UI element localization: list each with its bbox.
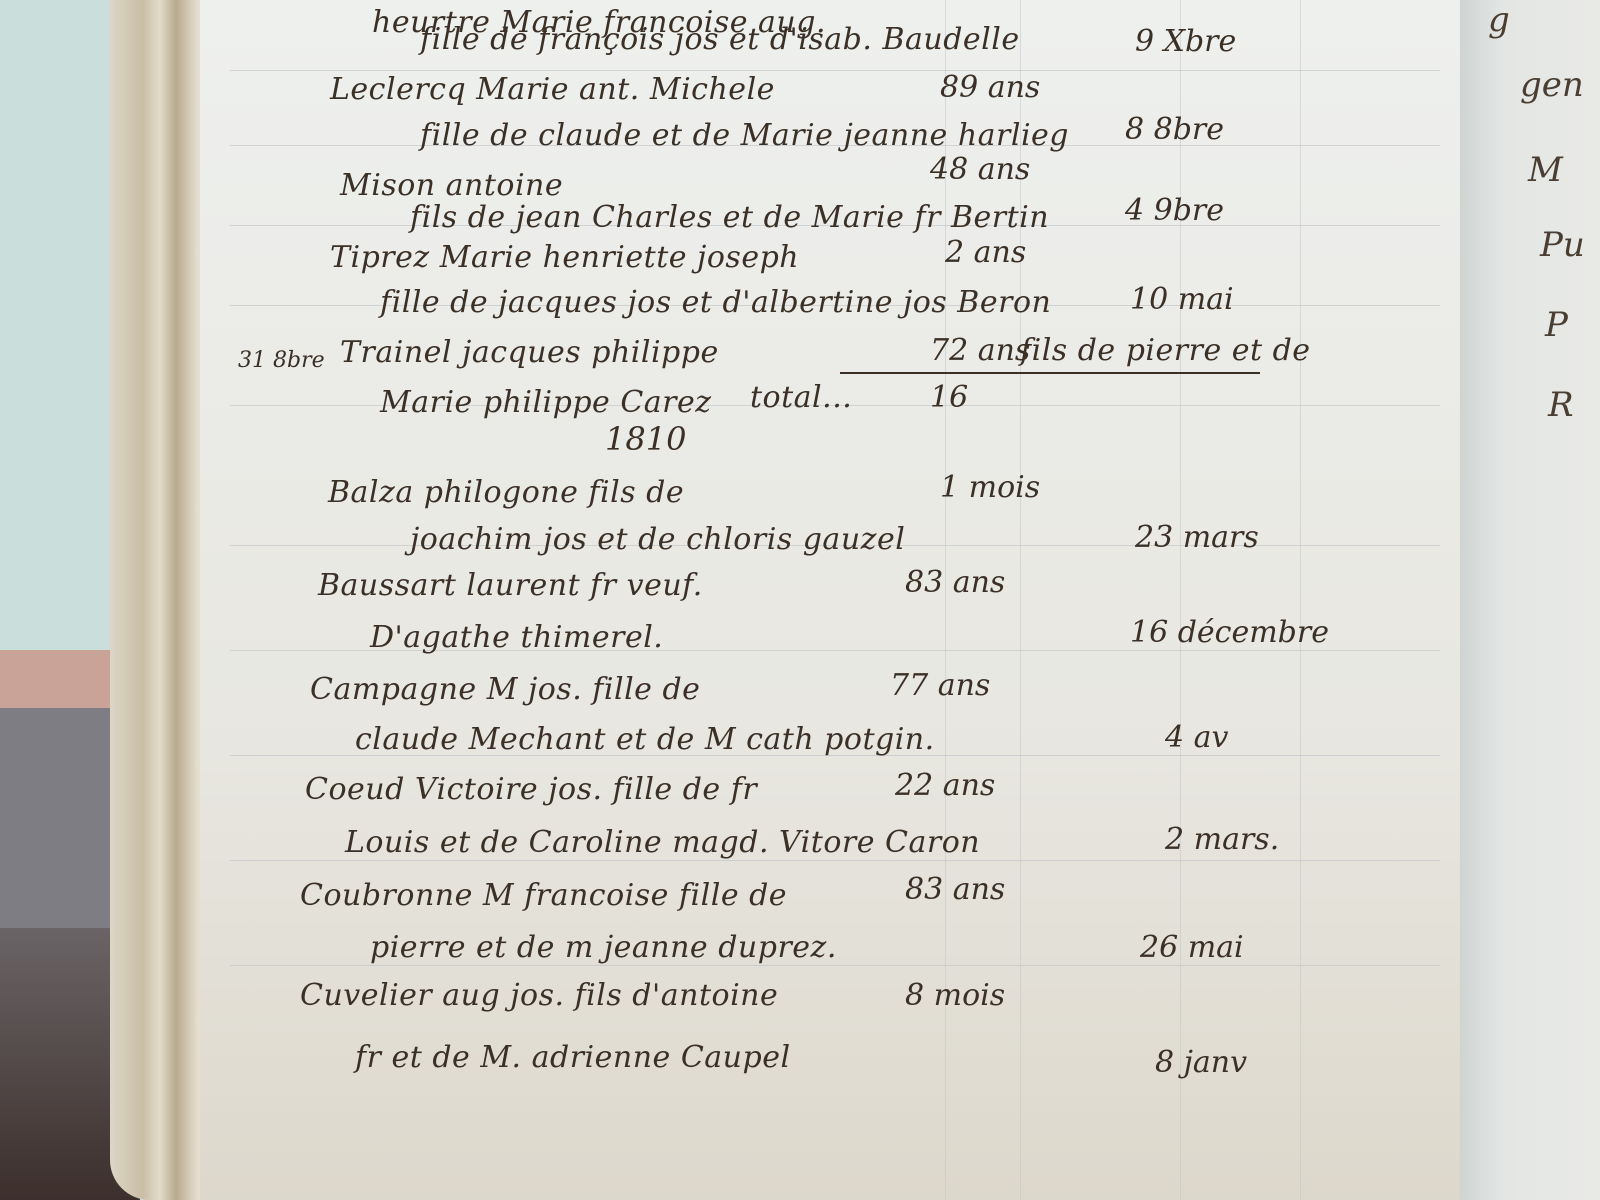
entry-date: 23 mars (1135, 520, 1259, 555)
entry-date: 9 Xbre (1135, 24, 1236, 59)
entry-age: 77 ans (890, 668, 990, 703)
entry-parents: D'agathe thimerel. (370, 620, 663, 655)
facing-page-text: R (1548, 385, 1574, 425)
entry-parents: fille de jacques jos et d'albertine jos … (380, 285, 1051, 320)
entry-age: 83 ans (905, 872, 1005, 907)
facing-page-text: P (1545, 305, 1568, 345)
entry-age: 83 ans (905, 565, 1005, 600)
entry-name: Cuvelier aug jos. fils d'antoine (300, 978, 778, 1013)
entry-name: Tiprez Marie henriette joseph (330, 240, 799, 275)
entry-date: 10 mai (1130, 282, 1234, 317)
total-label: total... (750, 380, 852, 415)
entry-parents: fille de claude et de Marie jeanne harli… (420, 118, 1069, 153)
entry-parents: pierre et de m jeanne duprez. (370, 930, 837, 965)
entry-parents: fr et de M. adrienne Caupel (355, 1040, 791, 1075)
entry-parents: joachim jos et de chloris gauzel (410, 522, 905, 557)
entry-age: 2 ans (945, 235, 1026, 270)
entry-extra: fils de pierre et de (1020, 333, 1311, 368)
entry-date: 2 mars. (1165, 822, 1279, 857)
total-rule (840, 372, 1260, 374)
ruled-line (230, 860, 1440, 861)
column-line (1300, 0, 1301, 1200)
entry-name: Coeud Victoire jos. fille de fr (305, 772, 757, 807)
entry-name: Mison antoine (340, 168, 563, 203)
entry-parents: fille de françois jos et d'isab. Baudell… (420, 22, 1020, 57)
entry-age: 1 mois (940, 470, 1040, 505)
entry-date: 4 9bre (1125, 193, 1224, 228)
entry-name: Coubronne M francoise fille de (300, 878, 787, 913)
entry-parents: Louis et de Caroline magd. Vitore Caron (345, 825, 980, 860)
year-heading: 1810 (605, 420, 686, 458)
entry-date: 8 8bre (1125, 112, 1224, 147)
entry-age: 22 ans (895, 768, 995, 803)
entry-parents: Marie philippe Carez (380, 385, 712, 420)
entry-date: 8 janv (1155, 1045, 1247, 1080)
facing-page-text: gen (1520, 65, 1584, 105)
entry-age: 8 mois (905, 978, 1005, 1013)
ruled-line (230, 965, 1440, 966)
entry-date: 4 av (1165, 720, 1228, 755)
entry-parents: fils de jean Charles et de Marie fr Bert… (410, 200, 1049, 235)
entry-age: 89 ans (940, 70, 1040, 105)
total-value: 16 (930, 380, 968, 415)
entry-name: Baussart laurent fr veuf. (318, 568, 703, 603)
entry-age: 48 ans (930, 152, 1030, 187)
entry-name: Campagne M jos. fille de (310, 672, 700, 707)
entry-date: 26 mai (1140, 930, 1244, 965)
entry-date: 16 décembre (1130, 615, 1329, 650)
facing-page-text: g (1488, 0, 1510, 40)
entry-age: 72 ans (930, 333, 1030, 368)
facing-page-text: Pu (1540, 225, 1585, 265)
margin-date: 31 8bre (238, 348, 325, 373)
facing-page-text: M (1528, 150, 1563, 190)
column-line (1180, 0, 1181, 1200)
entry-parents: claude Mechant et de M cath potgin. (355, 722, 935, 757)
entry-name: Leclercq Marie ant. Michele (330, 72, 775, 107)
entry-name: Trainel jacques philippe (340, 335, 719, 370)
ruled-line (230, 70, 1440, 71)
entry-name: Balza philogone fils de (328, 475, 684, 510)
